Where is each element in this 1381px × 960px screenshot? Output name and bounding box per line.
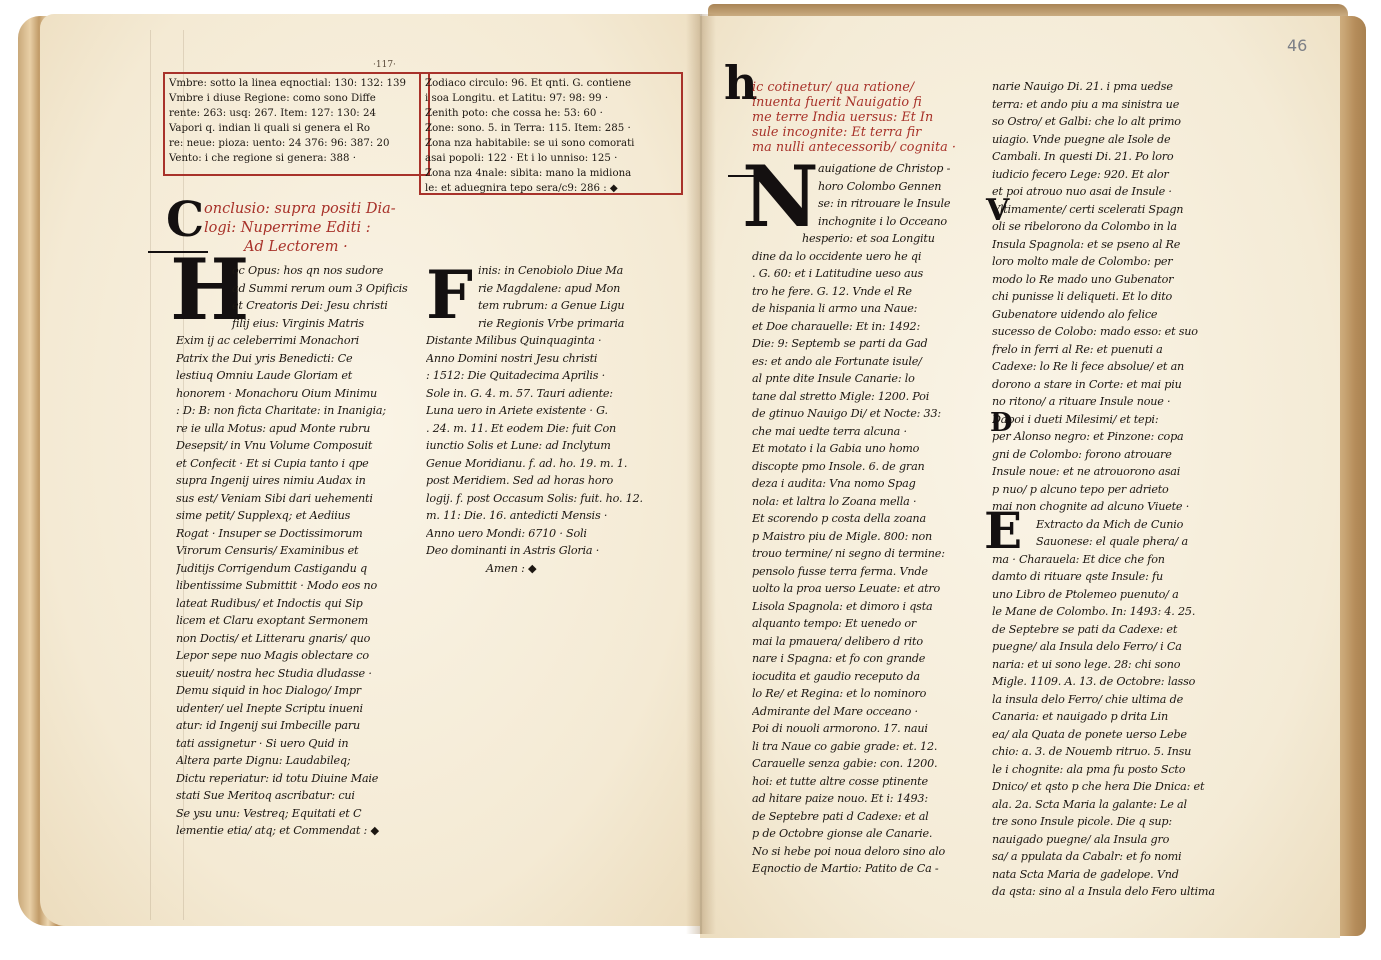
initial-d: D [990, 410, 1013, 436]
index-entry: Zone: sono. 5. in Terra: 115. Item: 285 … [425, 121, 677, 136]
index-entry: Zenith poto: che cossa he: 53: 60 · [425, 106, 677, 121]
pencil-page-number-top: 46 [1287, 36, 1307, 55]
index-entry: re: neue: pioza: uento: 24 376: 96: 387:… [169, 136, 424, 151]
index-entry: Vento: i che regione si genera: 388 · [169, 151, 424, 166]
index-entry: le: et aduegnira tepo sera/c9: 286 : ◆ [425, 181, 677, 196]
left-column-2-text: inis: in Cenobiolo Diue Ma rie Magdalene… [426, 262, 662, 577]
index-box-right: Zodiaco circulo: 96. Et qnti. G. contien… [419, 72, 683, 195]
index-entry: asai popoli: 122 · Et i lo unniso: 125 · [425, 151, 677, 166]
open-manuscript: ·117· Vmbre: sotto la linea eqnoctial: 1… [0, 0, 1381, 960]
initial-e: E [984, 506, 1022, 556]
index-entry: Zona nza 4nale: sibita: mano la midiona [425, 166, 677, 181]
book-gutter [686, 14, 716, 934]
folio-number: ·117· [373, 60, 396, 70]
right-column-1-text: auigatione de Christop - horo Colombo Ge… [752, 160, 988, 878]
initial-c: C [166, 196, 204, 244]
index-entry: Vmbre i diuse Regione: como sono Diffe [169, 91, 424, 106]
left-column-1-text: oc Opus: hos qn nos sudore ad Summi reru… [176, 262, 412, 840]
index-entry: rente: 263: usq: 267. Item: 127: 130: 24 [169, 106, 424, 121]
index-entry: Zona nza habitabile: se ui sono comorati [425, 136, 677, 151]
index-box-left: Vmbre: sotto la linea eqnoctial: 130: 13… [163, 72, 430, 176]
ruling-line [150, 30, 151, 920]
index-entry: Zodiaco circulo: 96. Et qnti. G. contien… [425, 76, 677, 91]
right-page-heading: ic cotinetur/ qua ratione/ inuenta fueri… [752, 80, 956, 155]
right-column-2-text: narie Nauigo Di. 21. i pma uedse terra: … [992, 78, 1242, 901]
initial-v: V [986, 196, 1009, 226]
index-entry: Vmbre: sotto la linea eqnoctial: 130: 13… [169, 76, 424, 91]
index-entry: Vapori q. indian li quali si genera el R… [169, 121, 424, 136]
index-entry: i soa Longitu. et Latitu: 97: 98: 99 · [425, 91, 677, 106]
